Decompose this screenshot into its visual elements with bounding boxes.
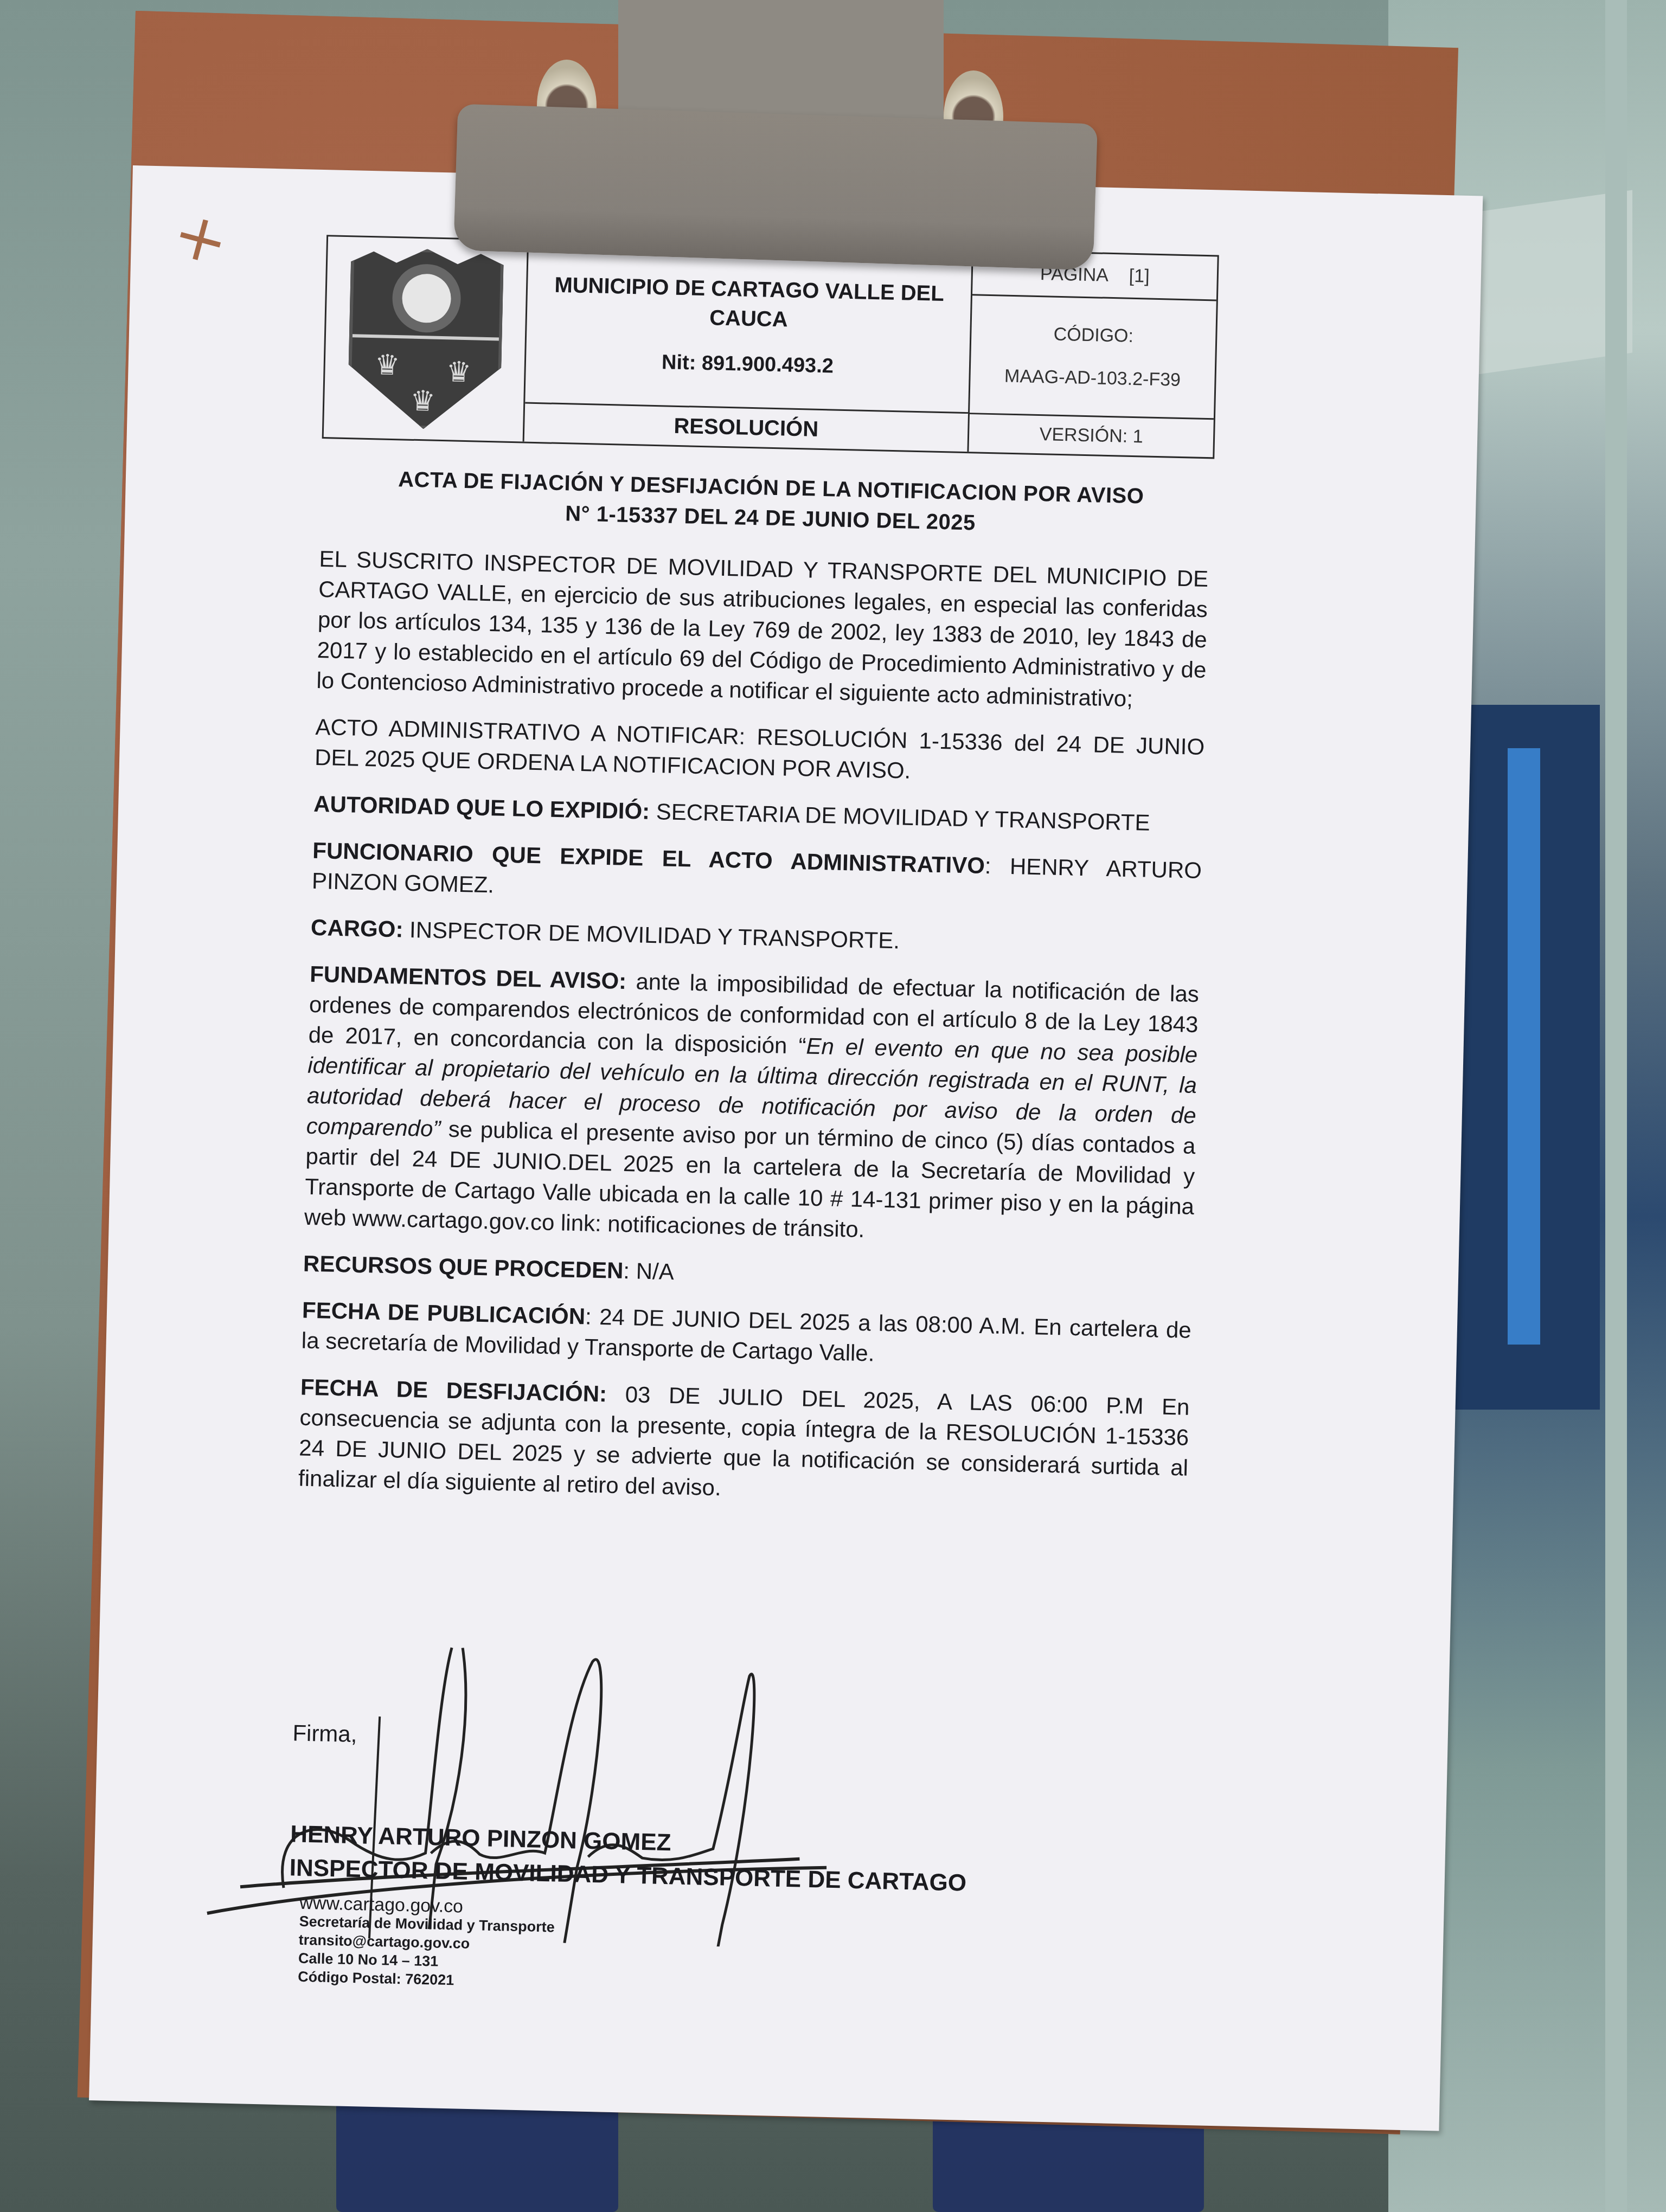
handwritten-signature-icon bbox=[174, 1631, 940, 1952]
clipboard-clip[interactable] bbox=[453, 104, 1098, 271]
publicacion-label: FECHA DE PUBLICACIÓN bbox=[302, 1297, 586, 1329]
fundamentos-label: FUNDAMENTOS DEL AVISO: bbox=[310, 961, 627, 994]
autoridad-value: SECRETARIA DE MOVILIDAD Y TRANSPORTE bbox=[650, 799, 1151, 835]
document-page: ♛ ♛ ♛ MUNICIPIO DE CARTAGO VALLE DEL CAU… bbox=[89, 165, 1483, 2131]
code-label: CÓDIGO: bbox=[1053, 324, 1133, 347]
sun-emblem-icon bbox=[401, 273, 451, 323]
crown-icon: ♛ bbox=[407, 385, 438, 418]
glass-frame-edge bbox=[1605, 0, 1627, 2212]
document-header-table: ♛ ♛ ♛ MUNICIPIO DE CARTAGO VALLE DEL CAU… bbox=[322, 235, 1219, 459]
recursos-paragraph: RECURSOS QUE PROCEDEN: N/A bbox=[303, 1249, 1193, 1299]
coat-of-arms-shield-icon: ♛ ♛ ♛ bbox=[347, 247, 504, 430]
crown-icon: ♛ bbox=[372, 349, 403, 382]
funcionario-paragraph: FUNCIONARIO QUE EXPIDE EL ACTO ADMINISTR… bbox=[312, 835, 1202, 916]
document-body: EL SUSCRITO INSPECTOR DE MOVILIDAD Y TRA… bbox=[298, 544, 1209, 1530]
desfijacion-paragraph: FECHA DE DESFIJACIÓN: 03 DE JULIO DEL 20… bbox=[298, 1372, 1190, 1514]
recursos-value: : N/A bbox=[623, 1258, 674, 1284]
document-footer: www.cartago.gov.co Secretaría de Movilid… bbox=[298, 1894, 555, 1992]
code-value: MAAG-AD-103.2-F39 bbox=[1004, 365, 1181, 390]
reflection-monitor-light bbox=[1508, 748, 1540, 1345]
publicacion-paragraph: FECHA DE PUBLICACIÓN: 24 DE JUNIO DEL 20… bbox=[301, 1295, 1191, 1376]
acto-paragraph: ACTO ADMINISTRATIVO A NOTIFICAR: RESOLUC… bbox=[315, 712, 1205, 793]
recursos-label: RECURSOS QUE PROCEDEN bbox=[303, 1251, 624, 1283]
cargo-paragraph: CARGO: INSPECTOR DE MOVILIDAD Y TRANSPOR… bbox=[311, 912, 1201, 963]
document-version: VERSIÓN: 1 bbox=[969, 414, 1213, 457]
document-code: CÓDIGO: MAAG-AD-103.2-F39 bbox=[970, 295, 1216, 420]
intro-paragraph: EL SUSCRITO INSPECTOR DE MOVILIDAD Y TRA… bbox=[316, 544, 1209, 716]
cargo-value: INSPECTOR DE MOVILIDAD Y TRANSPORTE. bbox=[403, 917, 900, 954]
page-value: [1] bbox=[1129, 266, 1150, 287]
shield-band bbox=[352, 334, 498, 340]
organization-cell: MUNICIPIO DE CARTAGO VALLE DEL CAUCA Nit… bbox=[525, 241, 973, 414]
cargo-label: CARGO: bbox=[311, 915, 403, 942]
organization-name: MUNICIPIO DE CARTAGO VALLE DEL CAUCA bbox=[527, 269, 971, 338]
autoridad-label: AUTORIDAD QUE LO EXPIDIÓ: bbox=[313, 791, 650, 824]
desfijacion-label: FECHA DE DESFIJACIÓN: bbox=[300, 1374, 607, 1407]
fundamentos-paragraph: FUNDAMENTOS DEL AVISO: ante la imposibil… bbox=[304, 959, 1199, 1252]
crown-icon: ♛ bbox=[443, 356, 474, 389]
autoridad-paragraph: AUTORIDAD QUE LO EXPIDIÓ: SECRETARIA DE … bbox=[313, 789, 1203, 839]
document-title: ACTA DE FIJACIÓN Y DESFIJACIÓN DE LA NOT… bbox=[287, 462, 1254, 544]
logo-cell: ♛ ♛ ♛ bbox=[324, 236, 529, 441]
document-meta-cell: PAGINA [1] CÓDIGO: MAAG-AD-103.2-F39 VER… bbox=[969, 251, 1217, 457]
organization-nit: Nit: 891.900.493.2 bbox=[661, 348, 834, 381]
background-blue-object bbox=[336, 2098, 618, 2212]
